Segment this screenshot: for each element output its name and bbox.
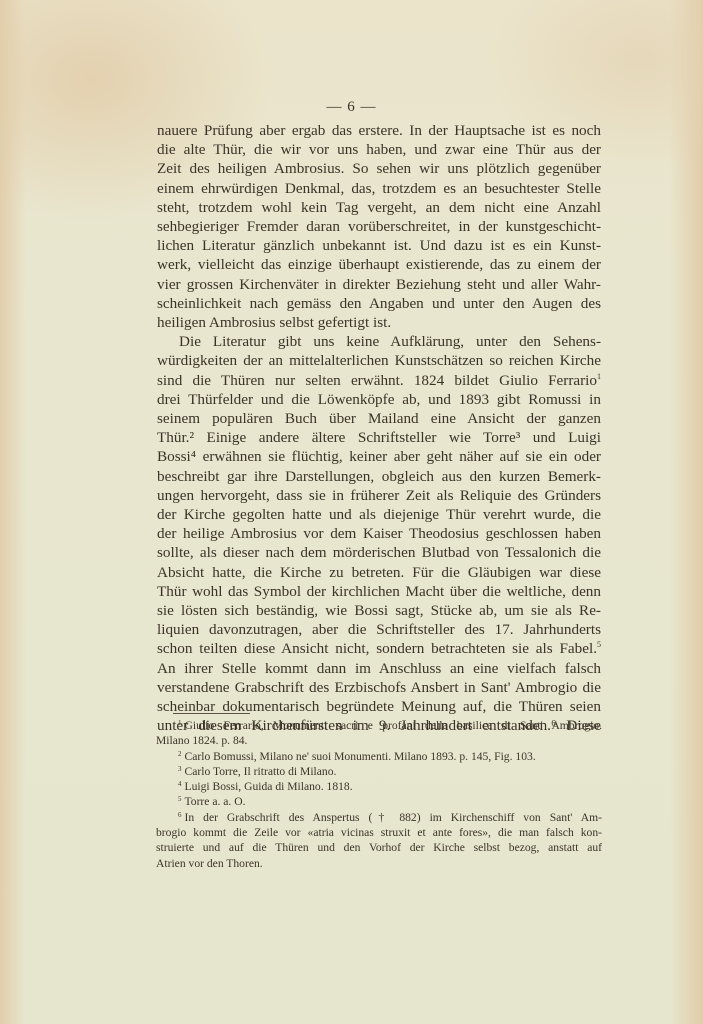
text-line-content: seinem populären Buch über Mailand eine … <box>157 410 601 427</box>
footnotes: 1Giulio Ferrario, Monumenti sacri e prof… <box>156 718 602 871</box>
text-line-content: nauere Prüfung aber ergab das erstere. I… <box>157 122 601 139</box>
text-line: Bossi⁴ erwähnen sie flüchtig, keiner abe… <box>157 447 601 466</box>
text-line: der heilige Ambrosius vor dem Kaiser The… <box>157 524 601 543</box>
text-line-content: Zeit des heiligen Ambrosius. So sehen wi… <box>157 160 601 177</box>
text-line: werk, vielleicht das einzige überhaupt e… <box>157 255 601 274</box>
body-text: nauere Prüfung aber ergab das erstere. I… <box>157 121 601 736</box>
text-line-content: Bossi⁴ erwähnen sie flüchtig, keiner abe… <box>157 448 601 465</box>
text-line-content: ungen hervorgeht, dass sie in früherer Z… <box>157 487 601 504</box>
footnote-line: 5Torre a. a. O. <box>156 794 602 809</box>
footnote-number: 5 <box>178 795 182 803</box>
footnote-line: 3Carlo Torre, Il ritratto di Milano. <box>156 764 602 779</box>
text-line: Absicht hatte, die Kirche zu betreten. F… <box>157 563 601 582</box>
text-line-content: der heilige Ambrosius vor dem Kaiser The… <box>157 525 601 542</box>
text-line-content: würdigkeiten der an mittelalterlichen Ku… <box>157 352 601 369</box>
footnote-text: In der Grabschrift des Anspertus († 882)… <box>185 811 603 824</box>
footnote-number: 4 <box>178 780 182 788</box>
text-line: Die Literatur gibt uns keine Aufklärung,… <box>157 332 601 351</box>
text-line: lichen Literatur gänzlich unbekannt ist.… <box>157 236 601 255</box>
footnote-line: Atrien vor den Thoren. <box>156 856 602 871</box>
footnote-number: 1 <box>178 719 182 727</box>
text-line-content: scheinlichkeit nach gemäss den Angaben u… <box>157 295 601 312</box>
footnote-text: brogio kommt die Zeile vor «atria vicina… <box>156 826 602 839</box>
text-line: vier grossen Kirchenväter in direkter Be… <box>157 275 601 294</box>
text-line-content: Absicht hatte, die Kirche zu betreten. F… <box>157 564 601 581</box>
text-line-content: heiligen Ambrosius selbst gefertigt ist. <box>157 314 391 331</box>
text-line: sie lösten sich beständig, wie Bossi sag… <box>157 601 601 620</box>
footnote-line: 6In der Grabschrift des Anspertus († 882… <box>156 810 602 825</box>
text-line: der Kirche gegolten hatte und als diejen… <box>157 505 601 524</box>
footnote-text: Atrien vor den Thoren. <box>156 857 263 870</box>
text-line: verstandene Grabschrift des Erzbischofs … <box>157 678 601 697</box>
text-line-content: die alte Thür, die wir vor uns haben, un… <box>157 141 601 158</box>
text-line: schon teilten diese Ansicht nicht, sonde… <box>157 639 601 658</box>
footnote-text: Milano 1824. p. 84. <box>156 734 247 747</box>
text-line: die alte Thür, die wir vor uns haben, un… <box>157 140 601 159</box>
footnote-number: 2 <box>178 750 182 758</box>
text-line-content: drei Thürfelder und die Löwenköpfe ab, u… <box>157 391 601 408</box>
text-line: einem ehrwürdigen Denkmal, das, trotzdem… <box>157 179 601 198</box>
footnote-reference: 1 <box>597 372 601 381</box>
text-line-content: sollte, als dieser nach dem mörderischen… <box>157 544 601 561</box>
text-line: seinem populären Buch über Mailand eine … <box>157 409 601 428</box>
text-line-content: einem ehrwürdigen Denkmal, das, trotzdem… <box>157 180 601 197</box>
text-line-content: werk, vielleicht das einzige überhaupt e… <box>157 256 601 273</box>
text-line: drei Thürfelder und die Löwenköpfe ab, u… <box>157 390 601 409</box>
text-line-content: beschreibt gar ihre Darstellungen, obgle… <box>157 468 601 485</box>
footnote-text: Carlo Bomussi, Milano ne' suoi Monumenti… <box>185 750 536 763</box>
footnote-number: 6 <box>178 811 182 819</box>
text-line: sehbegieriger Fremder daran vorüberschre… <box>157 217 601 236</box>
text-line-content: schon teilten diese Ansicht nicht, sonde… <box>157 640 597 657</box>
footnote-reference: 5 <box>597 640 601 649</box>
text-line: An ihrer Stelle kommt dann im Anschluss … <box>157 659 601 678</box>
text-line: Thür.² Einige andere ältere Schriftstell… <box>157 428 601 447</box>
footnote-text: Giulio Ferrario, Monumenti sacri e profa… <box>185 719 603 732</box>
footnote-text: struierte und auf die Thüren und den Vor… <box>156 841 602 854</box>
text-line-content: liquien davonzutragen, aber die Schrifts… <box>157 621 601 638</box>
text-line: würdigkeiten der an mittelalterlichen Ku… <box>157 351 601 370</box>
footnote-line: 2Carlo Bomussi, Milano ne' suoi Monument… <box>156 749 602 764</box>
text-line: nauere Prüfung aber ergab das erstere. I… <box>157 121 601 140</box>
text-line: Thür wohl das Symbol der kirchlichen Mac… <box>157 582 601 601</box>
text-line: steht, trotzdem wohl kein Tag vergeht, a… <box>157 198 601 217</box>
footnote-line: struierte und auf die Thüren und den Vor… <box>156 840 602 855</box>
text-line-content: Die Literatur gibt uns keine Aufklärung,… <box>179 333 601 350</box>
text-line: heiligen Ambrosius selbst gefertigt ist. <box>157 313 601 332</box>
text-line-content: sehbegieriger Fremder daran vorüberschre… <box>157 218 601 235</box>
text-line-content: An ihrer Stelle kommt dann im Anschluss … <box>157 660 601 677</box>
text-line-content: der Kirche gegolten hatte und als diejen… <box>157 506 601 523</box>
page-number: — 6 — <box>0 99 703 116</box>
text-line: ungen hervorgeht, dass sie in früherer Z… <box>157 486 601 505</box>
footnote-number: 3 <box>178 765 182 773</box>
footnote-text: Torre a. a. O. <box>185 795 246 808</box>
footnote-line: 4Luigi Bossi, Guida di Milano. 1818. <box>156 779 602 794</box>
text-line-content: steht, trotzdem wohl kein Tag vergeht, a… <box>157 199 601 216</box>
text-line: beschreibt gar ihre Darstellungen, obgle… <box>157 467 601 486</box>
text-line-content: verstandene Grabschrift des Erzbischofs … <box>157 679 601 696</box>
text-line-content: Thür wohl das Symbol der kirchlichen Mac… <box>157 583 601 600</box>
text-line-content: sind die Thüren nur selten erwähnt. 1824… <box>157 372 597 389</box>
text-line-content: sie lösten sich beständig, wie Bossi sag… <box>157 602 601 619</box>
footnote-line: 1Giulio Ferrario, Monumenti sacri e prof… <box>156 718 602 733</box>
text-line: liquien davonzutragen, aber die Schrifts… <box>157 620 601 639</box>
text-line: scheinlichkeit nach gemäss den Angaben u… <box>157 294 601 313</box>
text-line: sind die Thüren nur selten erwähnt. 1824… <box>157 371 601 390</box>
footnote-text: Carlo Torre, Il ritratto di Milano. <box>185 765 337 778</box>
footnote-text: Luigi Bossi, Guida di Milano. 1818. <box>185 780 353 793</box>
text-line: Zeit des heiligen Ambrosius. So sehen wi… <box>157 159 601 178</box>
text-line-content: Thür.² Einige andere ältere Schriftstell… <box>157 429 601 446</box>
text-line-content: lichen Literatur gänzlich unbekannt ist.… <box>157 237 601 254</box>
footnote-divider <box>173 713 250 714</box>
footnote-line: brogio kommt die Zeile vor «atria vicina… <box>156 825 602 840</box>
text-line-content: vier grossen Kirchenväter in direkter Be… <box>157 276 601 293</box>
text-line: sollte, als dieser nach dem mörderischen… <box>157 543 601 562</box>
footnote-line: Milano 1824. p. 84. <box>156 733 602 748</box>
